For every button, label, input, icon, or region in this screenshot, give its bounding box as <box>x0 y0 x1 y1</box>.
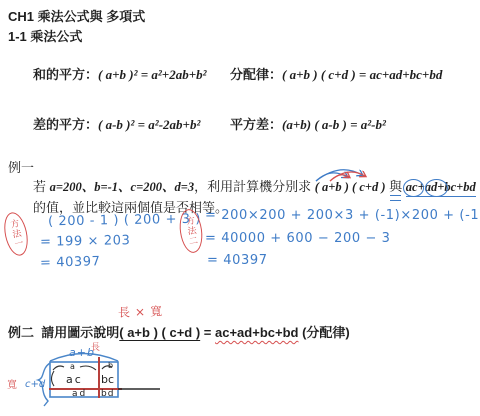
formula-diff-square: 差的平方：( a-b )² = a²-2ab+b² <box>33 114 200 133</box>
method2-step3: = 40397 <box>207 253 268 268</box>
method1-step3: = 40397 <box>40 254 101 271</box>
cell-ad-label: ad <box>72 389 87 399</box>
width-note: 寬 <box>7 378 17 391</box>
example1-conjunction: 與 <box>389 176 402 195</box>
area-model-diagram: a+b 長 c+d 寬 a b ac bc ad bd <box>0 335 220 416</box>
side-width-label: c+d <box>25 379 46 390</box>
formula-sum-square: 和的平方：( a+b )² = a²+2ab+b² <box>33 64 207 83</box>
formula-expression: (a+b) ( a-b ) = a²-b² <box>282 117 386 132</box>
method1-step1: ( 200 - 1 ) ( 200 + 3 ) <box>48 212 201 230</box>
example1-mid: ，利用計算機分別求 <box>194 179 315 194</box>
circle-ac-annotation <box>403 179 424 197</box>
formula-label: 分配律： <box>230 67 282 82</box>
formula-distributive: 分配律：( a+b ) ( c+d ) = ac+ad+bc+bd <box>230 64 442 83</box>
method2-step2: = 40000 + 600 − 200 − 3 <box>205 231 391 246</box>
formula-expression: ( a+b )² = a²+2ab+b² <box>98 67 206 82</box>
double-equal-annotation <box>390 195 401 201</box>
formula-label: 平方差： <box>230 117 282 132</box>
example2-expanded-expression: ac+ad+bc+bd <box>215 325 298 340</box>
example1-heading: 例一 <box>8 157 34 176</box>
method1-step2: = 199 × 203 <box>40 233 131 250</box>
formula-expression: ( a-b )² = a²-2ab+b² <box>98 117 200 132</box>
method2-step1: = 200×200 + 200×3 + (-1)×200 + (-1)×3 <box>205 208 480 223</box>
example1-product-expression: ( a+b ) ( c+d ) <box>315 180 386 195</box>
conjunction-text: 與 <box>389 179 402 194</box>
formula-square-diff: 平方差：(a+b) ( a-b ) = a²-b² <box>230 114 386 133</box>
cell-bc-label: bc <box>101 373 114 386</box>
example1-line1: 若 a=200、b=-1、c=200、d=3，利用計算機分別求 ( a+b ) … <box>33 176 476 197</box>
product-expression-text: ( a+b ) ( c+d ) <box>315 180 386 194</box>
segment-b-label: b <box>108 361 113 370</box>
length-note: 長 <box>91 342 100 353</box>
worksheet-page: { "colors": {"ink": "#1f1f1f", "blue": "… <box>0 0 480 416</box>
cell-ac-label: ac <box>66 373 83 386</box>
segment-a-brace-right <box>80 366 96 370</box>
segment-a-brace-left <box>53 366 64 370</box>
formula-label: 差的平方： <box>33 117 98 132</box>
chapter-title: CH1 乘法公式與 多項式 <box>8 6 145 25</box>
formula-label: 和的平方： <box>33 67 98 82</box>
example2-suffix: (分配律) <box>298 325 349 340</box>
circle-ad-annotation <box>425 179 448 197</box>
dimension-note-annotation: 長 × 寬 <box>118 302 163 321</box>
cell-bd-label: bd <box>101 389 114 399</box>
method1-badge: 方法一 <box>1 210 32 258</box>
section-title: 1-1 乘法公式 <box>8 26 82 45</box>
example1-prefix: 若 <box>33 179 50 194</box>
example1-expanded-expression: ac+ad+bc+bd <box>406 180 476 197</box>
formula-expression: ( a+b ) ( c+d ) = ac+ad+bc+bd <box>282 67 442 82</box>
segment-c-brace <box>52 371 55 386</box>
example1-values: a=200、b=-1、c=200、d=3 <box>50 180 194 194</box>
segment-a-label: a <box>70 362 75 371</box>
